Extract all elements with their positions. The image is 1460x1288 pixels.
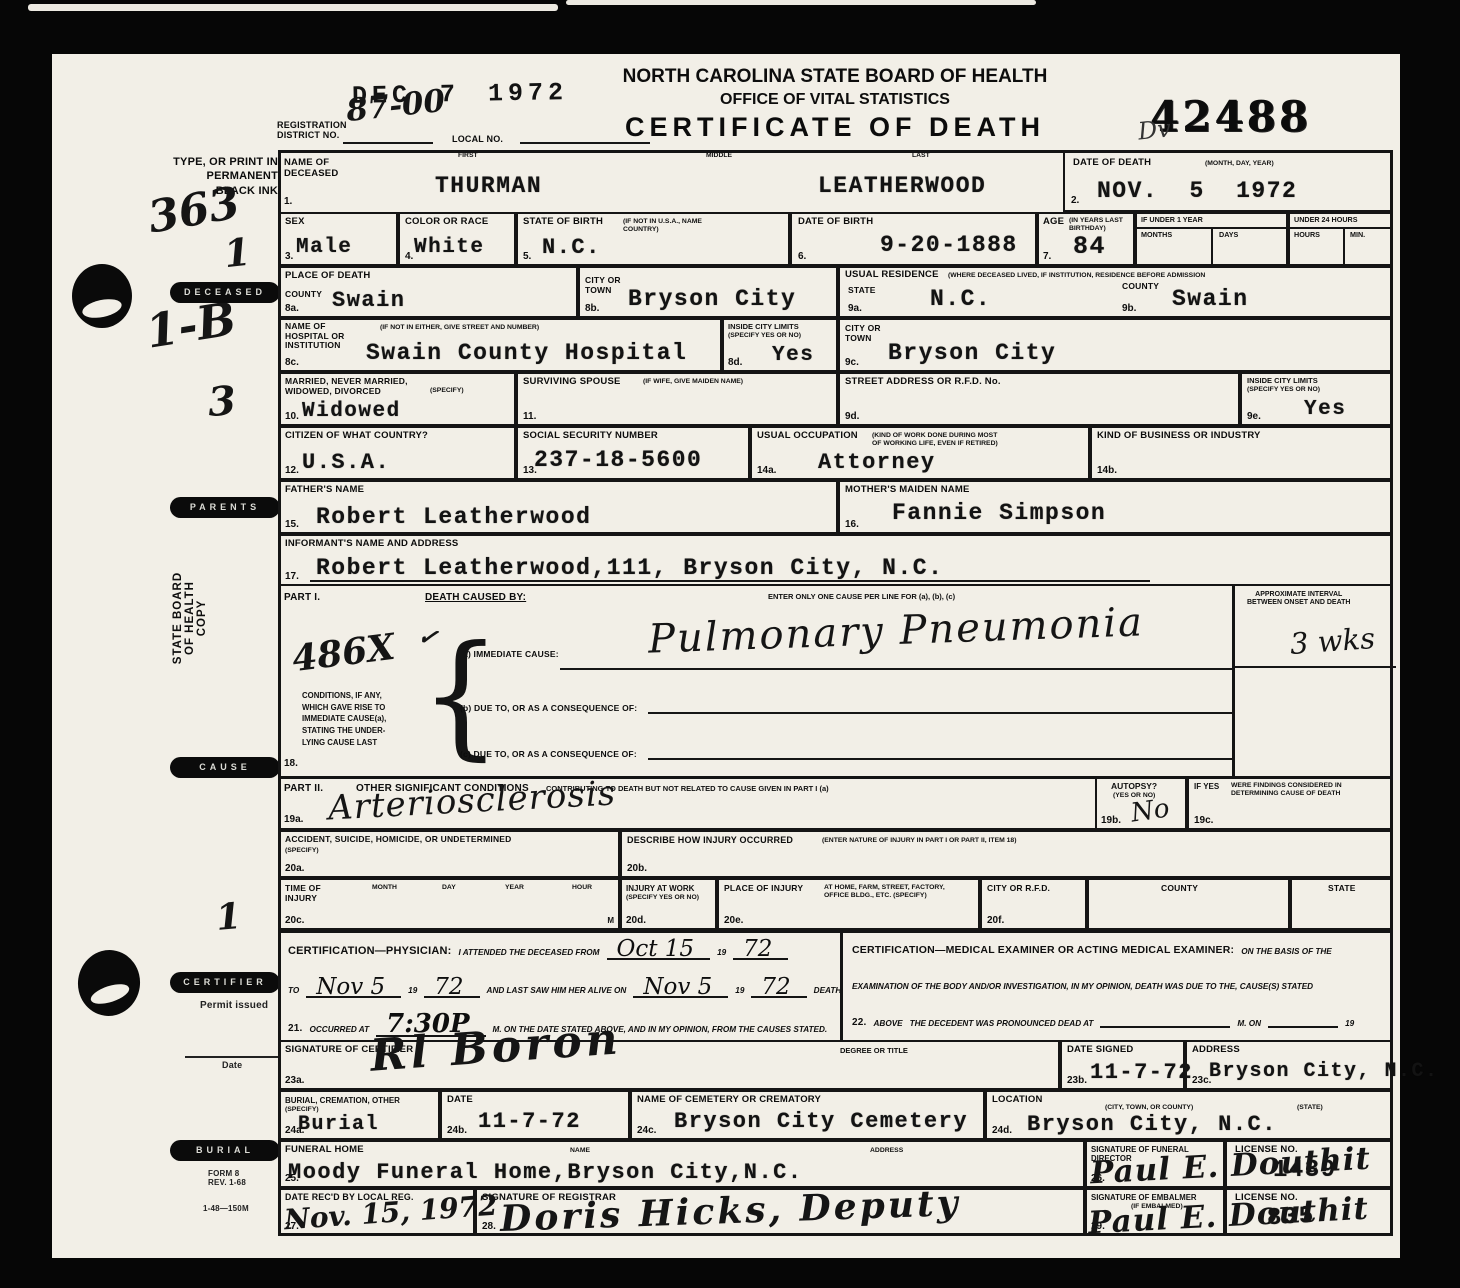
- first-name-sublabel: FIRST: [458, 152, 478, 160]
- due-to-c-label: (c) DUE TO, OR AS A CONSEQUENCE OF:: [460, 750, 637, 760]
- field-20d-number: 20d.: [626, 915, 646, 926]
- hospital-value: Swain County Hospital: [366, 340, 687, 366]
- field-9e-number: 9e.: [1247, 411, 1261, 422]
- father-name-value: Robert Leatherwood: [316, 504, 591, 530]
- field-9b-number: 9b.: [1122, 303, 1136, 314]
- permit-date-label: Date: [222, 1060, 242, 1070]
- month-sublabel: MONTH: [372, 884, 397, 892]
- conditions-note: CONDITIONS, IF ANY, WHICH GAVE RISE TO I…: [302, 690, 386, 748]
- field-16-number: 16.: [845, 519, 859, 530]
- pod-city-limits-sublabel: (SPECIFY YES OR NO): [728, 332, 801, 340]
- name-of-deceased-label: NAME OF DECEASED: [284, 158, 338, 179]
- pod-county-label: COUNTY: [285, 290, 322, 300]
- how-injury-box: DESCRIBE HOW INJURY OCCURRED (ENTER NATU…: [620, 830, 1393, 878]
- part2-value: Arteriosclerosis: [327, 773, 617, 828]
- sex-box: SEX 3. Male: [278, 212, 398, 266]
- location-state-sublabel: (STATE): [1297, 1104, 1323, 1112]
- last-name-value: LEATHERWOOD: [818, 173, 986, 199]
- time-of-injury-label: TIME OF INJURY: [285, 884, 321, 903]
- part1-caused-by-label: DEATH CAUSED BY:: [425, 592, 526, 603]
- year-19-prefix: 19: [408, 986, 417, 995]
- interval-underline: [1235, 666, 1396, 668]
- last-saw-date: Nov 5: [633, 979, 728, 998]
- medex-cert-heading: CERTIFICATION—MEDICAL EXAMINER OR ACTING…: [852, 944, 1234, 956]
- days-label: DAYS: [1219, 231, 1238, 239]
- injury-state-box: STATE: [1290, 878, 1393, 930]
- cemetery-value: Bryson City Cemetery: [674, 1109, 968, 1134]
- citizenship-value: U.S.A.: [302, 450, 390, 475]
- state-of-birth-sublabel: (IF NOT IN U.S.A., NAME COUNTRY): [623, 218, 702, 234]
- accident-label: ACCIDENT, SUICIDE, HOMICIDE, OR UNDETERM…: [285, 835, 512, 845]
- place-of-death-county-box: PLACE OF DEATH COUNTY 8a. Swain: [278, 266, 578, 318]
- tab-deceased: DECEASED: [170, 282, 280, 303]
- field-20b-number: 20b.: [627, 863, 647, 874]
- mother-name-value: Fannie Simpson: [892, 500, 1106, 526]
- spouse-sublabel: (IF WIFE, GIVE MAIDEN NAME): [643, 378, 743, 386]
- physician-attended-text: I ATTENDED THE DECEASED FROM: [458, 948, 599, 957]
- burial-date-label: DATE: [447, 1095, 473, 1106]
- findings-box: IF YES WERE FINDINGS CONSIDERED IN DETER…: [1187, 776, 1393, 830]
- tab-certifier: CERTIFIER: [170, 972, 280, 993]
- due-to-c-line: [648, 758, 1232, 760]
- funeral-home-address-sublabel: ADDRESS: [870, 1147, 903, 1155]
- injury-at-work-box: INJURY AT WORK (SPECIFY YES OR NO) 20d.: [620, 878, 717, 930]
- occupation-box: USUAL OCCUPATION (KIND OF WORK DONE DURI…: [750, 426, 1090, 480]
- degree-or-title-label: DEGREE OR TITLE: [840, 1047, 908, 1056]
- occupation-label: USUAL OCCUPATION: [757, 431, 858, 442]
- pod-city-limits-label: INSIDE CITY LIMITS: [728, 323, 799, 332]
- field-23b-number: 23b.: [1067, 1075, 1087, 1086]
- informant-box: INFORMANT'S NAME AND ADDRESS 17. Robert …: [278, 534, 1393, 586]
- injury-county-label: COUNTY: [1161, 884, 1198, 894]
- field-9c-number: 9c.: [845, 357, 859, 368]
- last-name-sublabel: LAST: [912, 152, 930, 160]
- months-cell: MONTHS: [1137, 227, 1213, 266]
- attended-from-date: Oct 15: [607, 941, 711, 960]
- marital-label: MARRIED, NEVER MARRIED, WIDOWED, DIVORCE…: [285, 377, 408, 396]
- residence-state-value: N.C.: [930, 286, 991, 312]
- residence-city-limits-sublabel: (SPECIFY YES OR NO): [1247, 386, 1320, 394]
- min-label: MIN.: [1350, 231, 1365, 239]
- residence-state-label: STATE: [848, 286, 876, 296]
- months-label: MONTHS: [1141, 231, 1172, 239]
- registration-blank-line: [343, 142, 433, 144]
- part1-note: ENTER ONLY ONE CAUSE PER LINE FOR (a), (…: [768, 593, 955, 602]
- time-meridiem-label: M: [607, 916, 614, 925]
- field-8c-number: 8c.: [285, 357, 299, 368]
- last-saw-text: AND LAST SAW HIM HER ALIVE ON: [487, 986, 627, 995]
- street-address-box: STREET ADDRESS OR R.F.D. No. 9d.: [838, 372, 1240, 426]
- mother-name-label: MOTHER'S MAIDEN NAME: [845, 485, 969, 496]
- tab-cause: CAUSE: [170, 757, 280, 778]
- field-8b-number: 8b.: [585, 303, 599, 314]
- place-of-injury-sublabel: AT HOME, FARM, STREET, FACTORY, OFFICE B…: [824, 884, 945, 900]
- pronounced-time-blank: [1100, 1016, 1230, 1028]
- medex-above-text: ABOVE: [874, 1019, 903, 1028]
- residence-city-box: CITY OR TOWN 9c. Bryson City: [838, 318, 1393, 372]
- hole-punch: [72, 264, 132, 328]
- pronounced-date-blank: [1268, 1016, 1338, 1028]
- informant-underline: [310, 580, 1150, 582]
- race-value: White: [414, 236, 485, 259]
- injury-county-box: COUNTY: [1087, 878, 1290, 930]
- residence-city-limits-box: INSIDE CITY LIMITS (SPECIFY YES OR NO) 9…: [1240, 372, 1393, 426]
- occurred-at-text: OCCURRED AT: [310, 1025, 370, 1034]
- occupation-sublabel: (KIND OF WORK DONE DURING MOST OF WORKIN…: [872, 432, 998, 448]
- field-21-number: 21.: [288, 1023, 303, 1034]
- field-19a-number: 19a.: [284, 814, 303, 825]
- industry-box: KIND OF BUSINESS OR INDUSTRY 14b.: [1090, 426, 1393, 480]
- how-injury-sublabel: (ENTER NATURE OF INJURY IN PART I OR PAR…: [822, 837, 1016, 845]
- residence-county-label: COUNTY: [1122, 282, 1159, 292]
- pod-city-limits-value: Yes: [772, 344, 814, 367]
- field-15-number: 15.: [285, 519, 299, 530]
- interval-value: 3 wks: [1289, 621, 1376, 661]
- injury-state-label: STATE: [1328, 884, 1356, 894]
- local-no-label: LOCAL NO.: [452, 134, 503, 144]
- physician-cert-heading: CERTIFICATION—PHYSICIAN:: [288, 945, 451, 957]
- informant-value: Robert Leatherwood,111, Bryson City, N.C…: [316, 555, 943, 581]
- death-label: DEATH: [814, 986, 842, 995]
- attended-to-year: 72: [424, 979, 479, 998]
- citizenship-box: CITIZEN OF WHAT COUNTRY? 12. U.S.A.: [278, 426, 516, 480]
- findings-if-yes-label: IF YES: [1194, 782, 1219, 791]
- cemetery-location-value: Bryson City, N.C.: [1027, 1112, 1277, 1137]
- marital-value: Widowed: [302, 400, 401, 423]
- margin-note-3: 3: [206, 377, 237, 426]
- medex-year-19: 19: [1345, 1019, 1354, 1028]
- date-of-death-sublabel: (MONTH, DAY, YEAR): [1205, 160, 1274, 168]
- board-title: NORTH CAROLINA STATE BOARD OF HEALTH: [575, 66, 1095, 88]
- hospital-label: NAME OF HOSPITAL OR INSTITUTION: [285, 322, 345, 351]
- findings-sublabel: WERE FINDINGS CONSIDERED IN DETERMINING …: [1231, 782, 1342, 798]
- office-subtitle: OFFICE OF VITAL STATISTICS: [575, 91, 1095, 109]
- last-saw-year: 72: [751, 979, 806, 998]
- cemetery-label: NAME OF CEMETERY OR CREMATORY: [637, 1095, 821, 1106]
- permit-date-line: [185, 1056, 278, 1058]
- interval-column: APPROXIMATE INTERVAL BETWEEN ONSET AND D…: [1232, 586, 1393, 776]
- under-24-hours-label: UNDER 24 HOURS: [1294, 216, 1358, 224]
- funeral-home-name-sublabel: NAME: [570, 1147, 590, 1155]
- margin-note-1-lower: 1: [214, 895, 243, 939]
- burial-type-value: Burial: [298, 1113, 379, 1136]
- if-under-1-year-box: IF UNDER 1 YEAR MONTHS DAYS: [1135, 212, 1288, 266]
- hour-sublabel: HOUR: [572, 884, 592, 892]
- age-value: 84: [1073, 232, 1106, 261]
- min-cell: MIN.: [1345, 227, 1393, 266]
- field-1-number: 1.: [284, 196, 292, 207]
- ssn-box: SOCIAL SECURITY NUMBER 13. 237-18-5600: [516, 426, 750, 480]
- injury-at-work-label: INJURY AT WORK: [626, 884, 694, 893]
- field-9d-number: 9d.: [845, 411, 859, 422]
- pod-city-limits-box: INSIDE CITY LIMITS (SPECIFY YES OR NO) 8…: [722, 318, 838, 372]
- registration-district-label: REGISTRATION DISTRICT NO.: [277, 120, 347, 140]
- medex-m-on-text: M. ON: [1237, 1019, 1261, 1028]
- field-4-number: 4.: [405, 251, 413, 262]
- immediate-cause-line: [560, 668, 1232, 670]
- residence-city-label: CITY OR TOWN: [845, 324, 881, 343]
- date-of-death-label: DATE OF DEATH: [1073, 158, 1151, 169]
- citizenship-label: CITIZEN OF WHAT COUNTRY?: [285, 431, 428, 442]
- funeral-home-box: FUNERAL HOME NAME ADDRESS 25. Moody Fune…: [278, 1140, 1085, 1188]
- usual-residence-box: USUAL RESIDENCE (WHERE DECEASED LIVED, I…: [838, 266, 1393, 318]
- field-11-number: 11.: [523, 411, 536, 422]
- certificate-number: 42488: [1150, 92, 1410, 141]
- date-signed-value: 11-7-72: [1090, 1060, 1193, 1085]
- medex-cert-line2: EXAMINATION OF THE BODY AND/OR INVESTIGA…: [852, 982, 1313, 991]
- state-of-birth-box: STATE OF BIRTH (IF NOT IN U.S.A., NAME C…: [516, 212, 790, 266]
- field-20c-number: 20c.: [285, 915, 304, 926]
- place-of-death-city-box: CITY OR TOWN 8b. Bryson City: [578, 266, 838, 318]
- part2-label: PART II.: [284, 783, 323, 794]
- field-14b-number: 14b.: [1097, 465, 1117, 476]
- field-23a-number: 23a.: [285, 1075, 304, 1086]
- certifier-address-value: Bryson City, N.C.: [1209, 1060, 1439, 1083]
- form-print-code: 1-48—150M: [203, 1205, 249, 1214]
- hours-label: HOURS: [1294, 231, 1320, 239]
- field-17-number: 17.: [285, 571, 299, 582]
- year-19-prefix: 19: [717, 948, 726, 957]
- field-22-number: 22.: [852, 1017, 867, 1028]
- day-sublabel: DAY: [442, 884, 456, 892]
- field-8d-number: 8d.: [728, 357, 742, 368]
- industry-label: KIND OF BUSINESS OR INDUSTRY: [1097, 431, 1261, 442]
- residence-city-value: Bryson City: [888, 340, 1056, 366]
- burial-type-box: BURIAL, CREMATION, OTHER (SPECIFY) 24a. …: [278, 1090, 440, 1140]
- medex-pronounced-text: THE DECEDENT WAS PRONOUNCED DEAD AT: [910, 1019, 1094, 1028]
- sex-value: Male: [296, 236, 352, 259]
- attended-from-year: 72: [733, 941, 788, 960]
- part1-label: PART I.: [284, 592, 320, 603]
- certifier-address-box: ADDRESS 23c. Bryson City, N.C.: [1185, 1040, 1393, 1090]
- cemetery-location-label: LOCATION: [992, 1095, 1043, 1106]
- field-5-number: 5.: [523, 251, 531, 262]
- residence-city-limits-label: INSIDE CITY LIMITS: [1247, 377, 1318, 386]
- field-20a-number: 20a.: [285, 863, 304, 874]
- how-injury-label: DESCRIBE HOW INJURY OCCURRED: [627, 835, 793, 845]
- field-3-number: 3.: [285, 251, 293, 262]
- race-label: COLOR OR RACE: [405, 217, 488, 228]
- age-label: AGE: [1043, 217, 1064, 228]
- medex-basis-text: ON THE BASIS OF THE: [1241, 947, 1332, 956]
- autopsy-box: AUTOPSY? (YES OR NO) 19b. No: [1095, 776, 1187, 830]
- location-city-sublabel: (CITY, TOWN, OR COUNTY): [1105, 1104, 1193, 1112]
- ssn-value: 237-18-5600: [534, 447, 702, 473]
- copy-designation: STATE BOARD OF HEALTH COPY: [172, 553, 208, 683]
- field-10-number: 10.: [285, 411, 299, 422]
- tab-parents: PARENTS: [170, 497, 280, 518]
- place-of-death-label: PLACE OF DEATH: [285, 271, 370, 282]
- due-to-b-label: (b) DUE TO, OR AS A CONSEQUENCE OF:: [460, 704, 637, 714]
- margin-note-1: 1: [222, 229, 253, 277]
- residence-city-limits-value: Yes: [1304, 398, 1346, 421]
- pod-city-value: Bryson City: [628, 286, 796, 312]
- pod-county-value: Swain: [332, 288, 406, 313]
- medex-body-text: EXAMINATION OF THE BODY AND/OR INVESTIGA…: [852, 982, 1313, 991]
- field-6-number: 6.: [798, 251, 806, 262]
- conditions-brace: {: [420, 629, 501, 763]
- field-2-number: 2.: [1071, 195, 1079, 206]
- interval-label: APPROXIMATE INTERVAL BETWEEN ONSET AND D…: [1247, 591, 1350, 607]
- due-to-b-line: [648, 712, 1232, 714]
- informant-label: INFORMANT'S NAME AND ADDRESS: [285, 539, 458, 550]
- first-name-value: THURMAN: [435, 173, 542, 199]
- mother-name-box: MOTHER'S MAIDEN NAME 16. Fannie Simpson: [838, 480, 1393, 534]
- burial-date-value: 11-7-72: [478, 1109, 581, 1134]
- physician-cert-line2: TO Nov 5 19 72 AND LAST SAW HIM HER ALIV…: [288, 976, 841, 995]
- funeral-home-value: Moody Funeral Home,Bryson City,N.C.: [288, 1160, 803, 1185]
- field-8a-number: 8a.: [285, 303, 299, 314]
- certifier-address-label: ADDRESS: [1192, 1045, 1240, 1056]
- residence-county-value: Swain: [1172, 286, 1249, 312]
- spouse-label: SURVIVING SPOUSE: [523, 377, 621, 388]
- field-19c-number: 19c.: [1194, 815, 1213, 826]
- attended-to-date: Nov 5: [306, 979, 401, 998]
- medex-cert-line1: CERTIFICATION—MEDICAL EXAMINER OR ACTING…: [852, 944, 1332, 956]
- field-24b-number: 24b.: [447, 1125, 467, 1136]
- field-7-number: 7.: [1043, 251, 1051, 262]
- age-box: AGE (IN YEARS LAST BIRTHDAY) 7. 84: [1037, 212, 1135, 266]
- field-18-number: 18.: [284, 758, 298, 769]
- field-12-number: 12.: [285, 465, 299, 476]
- scan-artifact: [566, 0, 1036, 5]
- field-24d-number: 24d.: [992, 1125, 1012, 1136]
- race-box: COLOR OR RACE 4. White: [398, 212, 516, 266]
- field-20e-number: 20e.: [724, 915, 743, 926]
- injury-city-label: CITY OR R.F.D.: [987, 884, 1050, 894]
- date-of-death-value: NOV. 5 1972: [1097, 178, 1297, 204]
- physician-cert-line1: CERTIFICATION—PHYSICIAN: I ATTENDED THE …: [288, 938, 788, 957]
- date-of-death-box: DATE OF DEATH (MONTH, DAY, YEAR) 2. NOV.…: [1063, 150, 1393, 212]
- days-cell: DAYS: [1213, 227, 1290, 266]
- hospital-box: NAME OF HOSPITAL OR INSTITUTION (IF NOT …: [278, 318, 722, 372]
- cemetery-location-box: LOCATION (CITY, TOWN, OR COUNTY) (STATE)…: [985, 1090, 1393, 1140]
- middle-name-sublabel: MIDDLE: [706, 152, 732, 160]
- marital-status-box: MARRIED, NEVER MARRIED, WIDOWED, DIVORCE…: [278, 372, 516, 426]
- pod-city-label: CITY OR TOWN: [585, 276, 621, 295]
- to-label: TO: [288, 986, 299, 995]
- date-of-birth-box: DATE OF BIRTH 6. 9-20-1888: [790, 212, 1037, 266]
- form-number: FORM 8 REV. 1-68: [208, 1170, 246, 1188]
- medex-cert-line3: 22. ABOVE THE DECEDENT WAS PRONOUNCED DE…: [852, 1016, 1354, 1028]
- burial-type-label: BURIAL, CREMATION, OTHER: [285, 1096, 400, 1105]
- funeral-home-label: FUNERAL HOME: [285, 1145, 364, 1156]
- cemetery-box: NAME OF CEMETERY OR CREMATORY 24c. Bryso…: [630, 1090, 985, 1140]
- usual-residence-label: USUAL RESIDENCE: [845, 270, 939, 281]
- field-24c-number: 24c.: [637, 1125, 656, 1136]
- street-address-label: STREET ADDRESS OR R.F.D. No.: [845, 377, 1001, 388]
- permit-issued-label: Permit issued: [200, 1000, 268, 1011]
- accident-box: ACCIDENT, SUICIDE, HOMICIDE, OR UNDETERM…: [278, 830, 620, 878]
- father-name-box: FATHER'S NAME 15. Robert Leatherwood: [278, 480, 838, 534]
- marital-sublabel: (SPECIFY): [430, 387, 464, 395]
- autopsy-label: AUTOPSY?: [1111, 782, 1157, 792]
- date-signed-box: DATE SIGNED 23b. 11-7-72: [1060, 1040, 1185, 1090]
- state-of-birth-label: STATE OF BIRTH: [523, 217, 603, 228]
- surviving-spouse-box: SURVIVING SPOUSE (IF WIFE, GIVE MAIDEN N…: [516, 372, 838, 426]
- usual-residence-sublabel: (WHERE DECEASED LIVED, IF INSTITUTION, R…: [948, 272, 1205, 280]
- field-14a-number: 14a.: [757, 465, 776, 476]
- year-sublabel: YEAR: [505, 884, 524, 892]
- hospital-sublabel: (IF NOT IN EITHER, GIVE STREET AND NUMBE…: [380, 324, 539, 332]
- certificate-title: CERTIFICATE OF DEATH: [575, 112, 1095, 143]
- age-sublabel: (IN YEARS LAST BIRTHDAY): [1069, 217, 1123, 233]
- field-20f-number: 20f.: [987, 915, 1004, 926]
- occupation-value: Attorney: [818, 450, 936, 475]
- state-of-birth-value: N.C.: [542, 235, 601, 260]
- ssn-label: SOCIAL SECURITY NUMBER: [523, 431, 658, 442]
- place-of-injury-box: PLACE OF INJURY AT HOME, FARM, STREET, F…: [717, 878, 980, 930]
- time-of-injury-box: TIME OF INJURY MONTH DAY YEAR HOUR 20c. …: [278, 878, 620, 930]
- sex-label: SEX: [285, 217, 305, 228]
- if-under-1-year-label: IF UNDER 1 YEAR: [1141, 216, 1203, 224]
- accident-sublabel: (SPECIFY): [285, 847, 319, 855]
- certificate-number-scribble: Dv: [1137, 114, 1173, 145]
- field-28-number: 28.: [482, 1221, 496, 1232]
- field-19b-number: 19b.: [1101, 815, 1121, 826]
- father-name-label: FATHER'S NAME: [285, 485, 364, 496]
- scan-artifact: [28, 4, 558, 11]
- burial-date-box: DATE 24b. 11-7-72: [440, 1090, 630, 1140]
- date-of-birth-value: 9-20-1888: [880, 232, 1018, 258]
- tab-burial: BURIAL: [170, 1140, 280, 1161]
- year-19-prefix: 19: [735, 986, 744, 995]
- injury-at-work-sublabel: (SPECIFY YES OR NO): [626, 894, 699, 902]
- injury-city-box: CITY OR R.F.D. 20f.: [980, 878, 1087, 930]
- field-9a-number: 9a.: [848, 303, 862, 314]
- date-of-birth-label: DATE OF BIRTH: [798, 217, 873, 228]
- hours-cell: HOURS: [1290, 227, 1345, 266]
- place-of-injury-label: PLACE OF INJURY: [724, 884, 803, 894]
- under-24-hours-box: UNDER 24 HOURS HOURS MIN.: [1288, 212, 1393, 266]
- autopsy-value: No: [1129, 793, 1171, 828]
- date-signed-label: DATE SIGNED: [1067, 1045, 1133, 1056]
